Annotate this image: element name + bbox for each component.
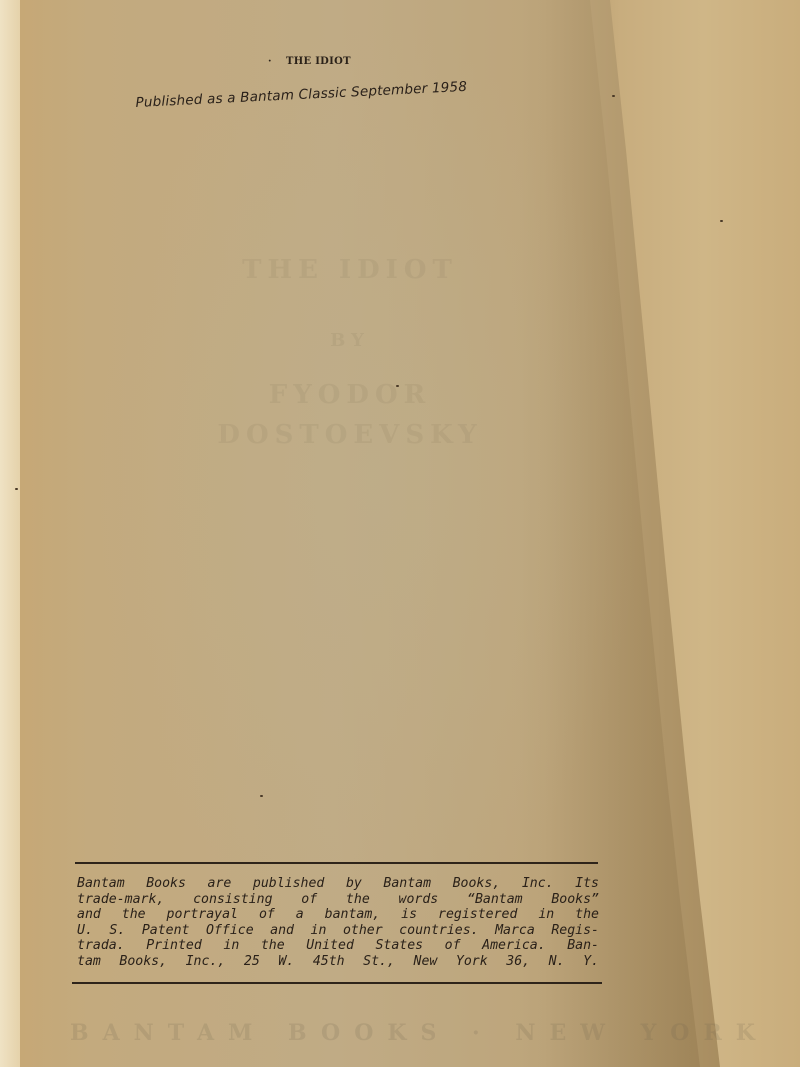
imprint-line: trade-mark, consisting of the words “Ban… (77, 892, 599, 908)
paper-speck (15, 488, 18, 490)
imprint-block: Bantam Books are published by Bantam Boo… (77, 876, 599, 970)
imprint-line: Bantam Books are published by Bantam Boo… (77, 876, 599, 892)
running-head: · THE IDIOT (286, 56, 351, 67)
imprint-line: U. S. Patent Office and in other countri… (77, 923, 599, 939)
imprint-line: tam Books, Inc., 25 W. 45th St., New Yor… (77, 954, 599, 970)
paper-speck (396, 385, 399, 387)
bullet-mark: · (268, 56, 272, 67)
show-through-author-first: FYODOR (170, 380, 530, 410)
top-rule (75, 862, 598, 864)
show-through-author-last: DOSTOEVSKY (170, 420, 530, 450)
show-through-publisher: BANTAM BOOKS · NEW YORK (70, 1020, 580, 1046)
bottom-rule (72, 982, 602, 984)
show-through-by: BY (170, 330, 530, 351)
imprint-line: trada. Printed in the United States of A… (77, 938, 599, 954)
paper-speck (720, 220, 723, 222)
paper-speck (260, 795, 263, 797)
imprint-line: and the portrayal of a bantam, is regist… (77, 907, 599, 923)
running-head-title: THE IDIOT (286, 56, 351, 67)
paper-speck (612, 95, 615, 97)
show-through-title: THE IDIOT (170, 255, 530, 285)
